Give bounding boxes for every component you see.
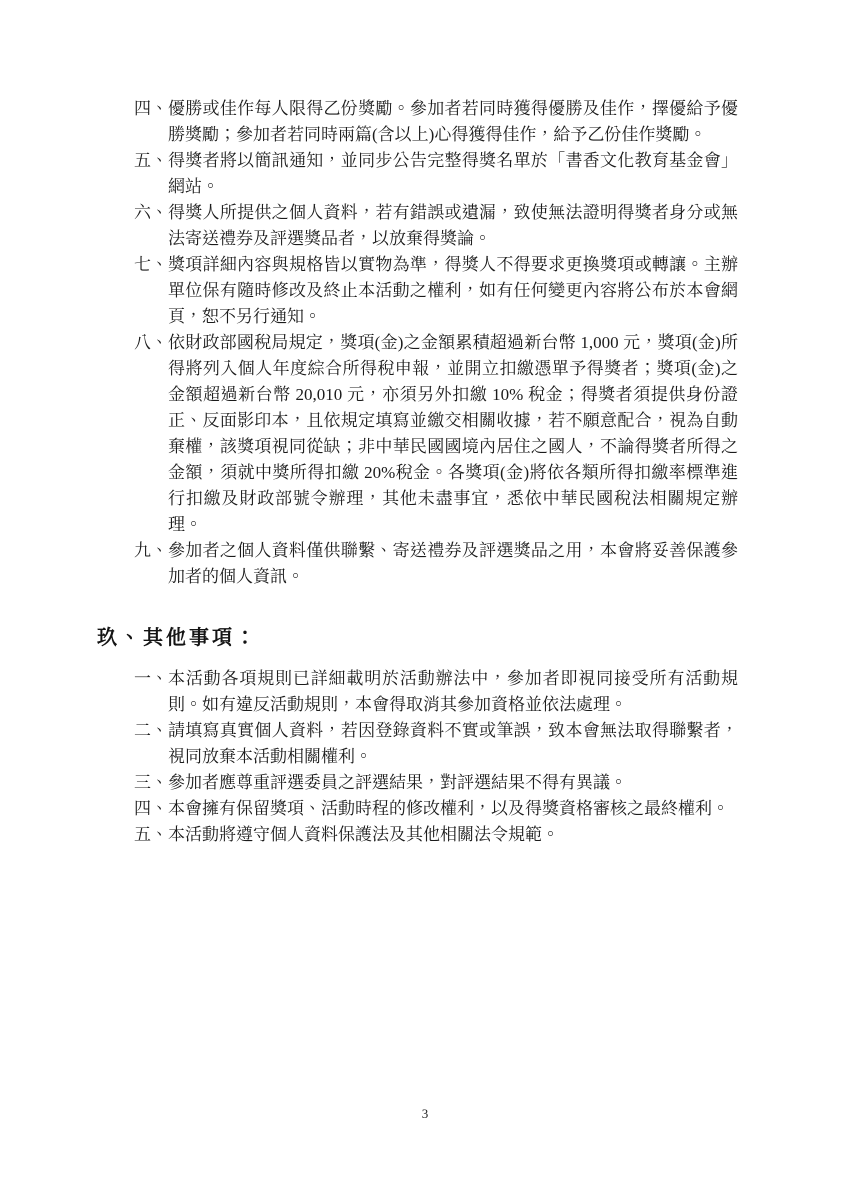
rules-list-continued: 四、 優勝或佳作每人限得乙份獎勵。參加者若同時獲得優勝及佳作，擇優給予優勝獎勵；… — [134, 96, 738, 590]
list-item-text: 依財政部國稅局規定，獎項(金)之金額累積超過新台幣 1,000 元，獎項(金)所… — [168, 330, 738, 538]
list-item-number: 六、 — [134, 200, 168, 226]
other-matters-list: 一、 本活動各項規則已詳細載明於活動辦法中，參加者即視同接受所有活動規則。如有違… — [134, 666, 738, 848]
list-item: 四、 本會擁有保留獎項、活動時程的修改權利，以及得獎資格審核之最終權利。 — [134, 796, 738, 822]
list-item: 三、 參加者應尊重評選委員之評選結果，對評選結果不得有異議。 — [134, 770, 738, 796]
list-item-number: 一、 — [134, 666, 168, 692]
list-item-text: 獎項詳細內容與規格皆以實物為準，得獎人不得要求更換獎項或轉讓。主辦單位保有隨時修… — [168, 252, 738, 330]
list-item-text: 得獎者將以簡訊通知，並同步公告完整得獎名單於「書香文化教育基金會」網站。 — [168, 148, 738, 200]
list-item-number: 三、 — [134, 770, 168, 796]
list-item: 五、 本活動將遵守個人資料保護法及其他相關法令規範。 — [134, 822, 738, 848]
list-item: 七、 獎項詳細內容與規格皆以實物為準，得獎人不得要求更換獎項或轉讓。主辦單位保有… — [134, 252, 738, 330]
list-item: 四、 優勝或佳作每人限得乙份獎勵。參加者若同時獲得優勝及佳作，擇優給予優勝獎勵；… — [134, 96, 738, 148]
list-item: 二、 請填寫真實個人資料，若因登錄資料不實或筆誤，致本會無法取得聯繫者，視同放棄… — [134, 718, 738, 770]
list-item-text: 優勝或佳作每人限得乙份獎勵。參加者若同時獲得優勝及佳作，擇優給予優勝獎勵；參加者… — [168, 96, 738, 148]
list-item-number: 五、 — [134, 822, 168, 848]
list-item-text: 本活動將遵守個人資料保護法及其他相關法令規範。 — [168, 822, 738, 848]
list-item-text: 得獎人所提供之個人資料，若有錯誤或遺漏，致使無法證明得獎者身分或無法寄送禮券及評… — [168, 200, 738, 252]
document-page: 四、 優勝或佳作每人限得乙份獎勵。參加者若同時獲得優勝及佳作，擇優給予優勝獎勵；… — [0, 0, 850, 1200]
list-item-text: 請填寫真實個人資料，若因登錄資料不實或筆誤，致本會無法取得聯繫者，視同放棄本活動… — [168, 718, 738, 770]
section-heading-other-matters: 玖、其他事項： — [97, 624, 258, 652]
list-item: 一、 本活動各項規則已詳細載明於活動辦法中，參加者即視同接受所有活動規則。如有違… — [134, 666, 738, 718]
list-item: 六、 得獎人所提供之個人資料，若有錯誤或遺漏，致使無法證明得獎者身分或無法寄送禮… — [134, 200, 738, 252]
list-item-number: 八、 — [134, 330, 168, 356]
list-item-number: 四、 — [134, 796, 168, 822]
list-item-text: 本會擁有保留獎項、活動時程的修改權利，以及得獎資格審核之最終權利。 — [168, 796, 738, 822]
list-item-number: 九、 — [134, 538, 168, 564]
list-item: 九、 參加者之個人資料僅供聯繫、寄送禮券及評選獎品之用，本會將妥善保護參加者的個… — [134, 538, 738, 590]
list-item-number: 二、 — [134, 718, 168, 744]
list-item: 五、 得獎者將以簡訊通知，並同步公告完整得獎名單於「書香文化教育基金會」網站。 — [134, 148, 738, 200]
list-item-number: 五、 — [134, 148, 168, 174]
page-number: 3 — [0, 1106, 850, 1122]
list-item-text: 本活動各項規則已詳細載明於活動辦法中，參加者即視同接受所有活動規則。如有違反活動… — [168, 666, 738, 718]
list-item-text: 參加者應尊重評選委員之評選結果，對評選結果不得有異議。 — [168, 770, 738, 796]
list-item: 八、 依財政部國稅局規定，獎項(金)之金額累積超過新台幣 1,000 元，獎項(… — [134, 330, 738, 538]
list-item-number: 四、 — [134, 96, 168, 122]
list-item-text: 參加者之個人資料僅供聯繫、寄送禮券及評選獎品之用，本會將妥善保護參加者的個人資訊… — [168, 538, 738, 590]
list-item-number: 七、 — [134, 252, 168, 278]
